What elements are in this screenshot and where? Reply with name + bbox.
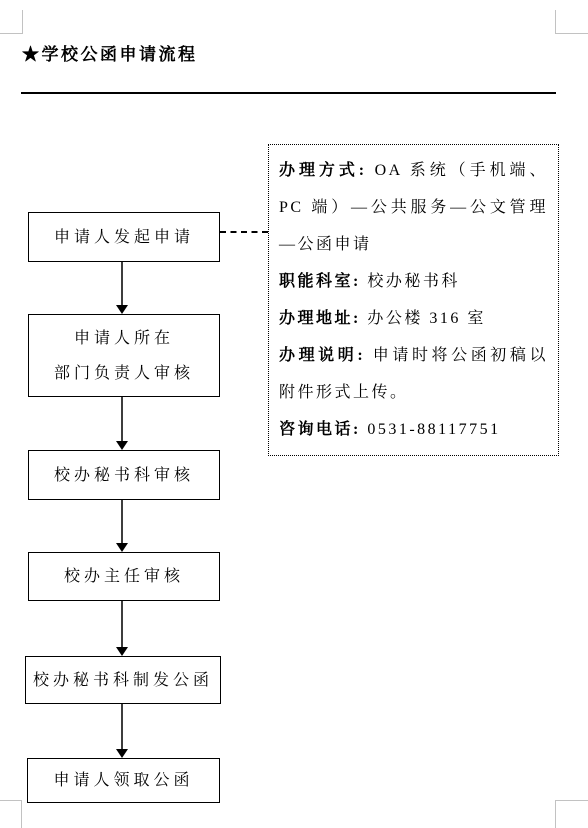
info-item-method: 办理方式: OA 系统（手机端、PC 端）—公共服务—公文管理—公函申请 xyxy=(279,152,548,263)
info-item-label: 办理方式: xyxy=(279,162,367,179)
info-item-phone: 咨询电话: 0531-88117751 xyxy=(279,411,548,448)
flow-step-director-review: 校办主任审核 xyxy=(28,552,220,601)
flow-step-collect-letter: 申请人领取公函 xyxy=(27,758,220,803)
flow-step-issue-letter: 校办秘书科制发公函 xyxy=(25,656,221,704)
flow-arrow-down-5 xyxy=(116,704,128,758)
info-panel: 办理方式: OA 系统（手机端、PC 端）—公共服务—公文管理—公函申请 职能科… xyxy=(268,144,559,456)
flow-step-dept-review: 申请人所在 部门负责人审核 xyxy=(28,314,220,397)
info-item-address: 办理地址: 办公楼 316 室 xyxy=(279,300,548,337)
info-item-label: 办理说明: xyxy=(279,347,365,364)
flow-arrow-down-3 xyxy=(116,500,128,552)
arrow-head-icon xyxy=(116,647,128,656)
dashed-connector xyxy=(220,231,268,233)
arrow-shaft xyxy=(121,397,123,443)
document-page: ★学校公函申请流程 申请人发起申请 申请人所在 部门负责人审核 校办秘书科审核 … xyxy=(0,0,588,828)
flow-step-label: 申请人领取公函 xyxy=(53,763,193,798)
page-title: ★学校公函申请流程 xyxy=(22,40,198,65)
flow-step-label: 申请人发起申请 xyxy=(54,220,194,255)
title-underline xyxy=(21,92,556,94)
info-item-label: 职能科室: xyxy=(279,273,361,290)
info-item-text: 校办秘书科 xyxy=(367,273,460,290)
flow-step-label: 校办秘书科制发公函 xyxy=(33,663,213,698)
info-item-office: 职能科室: 校办秘书科 xyxy=(279,263,548,300)
flow-step-label: 校办主任审核 xyxy=(64,559,184,594)
info-item-instructions: 办理说明: 申请时将公函初稿以附件形式上传。 xyxy=(279,337,548,411)
info-item-label: 咨询电话: xyxy=(279,421,361,438)
margin-mark-bottom-right xyxy=(555,800,588,828)
flow-step-label: 申请人所在 xyxy=(74,321,174,356)
arrow-shaft xyxy=(121,704,123,751)
flow-step-label: 部门负责人审核 xyxy=(54,356,194,391)
flow-arrow-down-4 xyxy=(116,601,128,656)
arrow-head-icon xyxy=(116,543,128,552)
info-item-text: 办公楼 316 室 xyxy=(367,310,486,327)
info-item-text: 0531-88117751 xyxy=(367,421,500,438)
arrow-head-icon xyxy=(116,305,128,314)
arrow-head-icon xyxy=(116,749,128,758)
flow-step-secretary-review: 校办秘书科审核 xyxy=(28,450,220,500)
flow-arrow-down-1 xyxy=(116,262,128,314)
info-item-label: 办理地址: xyxy=(279,310,361,327)
arrow-head-icon xyxy=(116,441,128,450)
arrow-shaft xyxy=(121,601,123,649)
flow-arrow-down-2 xyxy=(116,397,128,450)
margin-mark-top-right xyxy=(555,10,588,34)
arrow-shaft xyxy=(121,500,123,545)
arrow-shaft xyxy=(121,262,123,307)
flow-step-label: 校办秘书科审核 xyxy=(54,458,194,493)
flow-step-initiate: 申请人发起申请 xyxy=(28,212,220,262)
margin-mark-bottom-left xyxy=(0,800,22,828)
margin-mark-top-left xyxy=(0,10,23,34)
